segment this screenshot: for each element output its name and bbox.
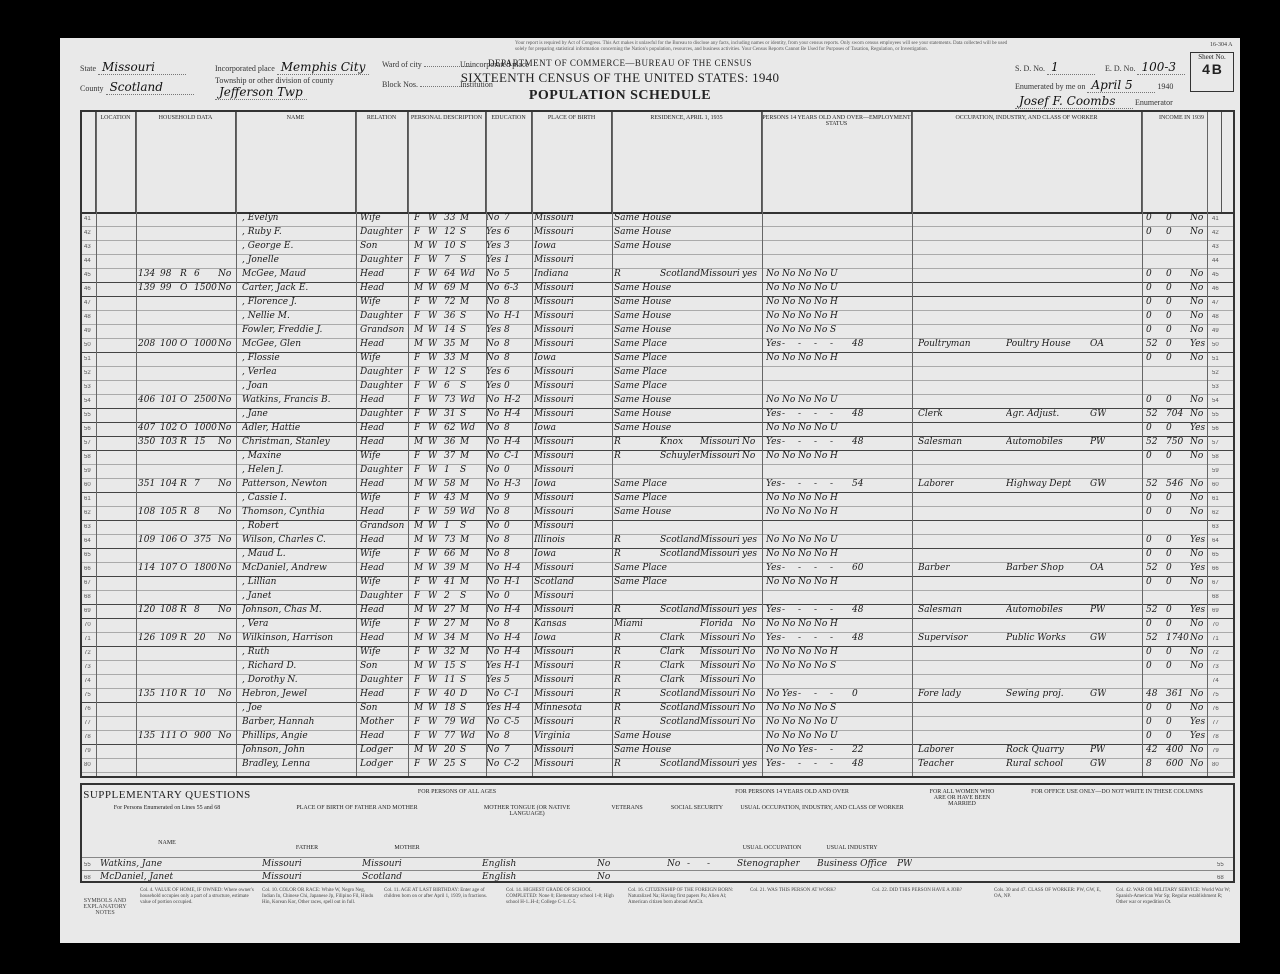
cell-e2: No xyxy=(782,297,795,307)
supp-col-usual-ind: USUAL INDUSTRY xyxy=(812,845,892,851)
cell-race: W xyxy=(428,633,437,643)
cell-race: W xyxy=(428,731,437,741)
table-row: 65, Maud L.WifeFW66MNo8IowaRScotlandMiss… xyxy=(82,548,1233,563)
cell-res: Same House xyxy=(614,731,671,741)
cell-hh: 107 xyxy=(160,563,177,573)
cell-e1: No xyxy=(766,703,779,713)
cell-ms: S xyxy=(460,703,466,713)
cell-ind: Public Works xyxy=(1006,633,1066,643)
cell-name: , Robert xyxy=(242,521,279,531)
table-row: 47, Florence J.WifeFW72MNo8MissouriSame … xyxy=(82,296,1233,311)
cell-line: 68 xyxy=(84,594,91,600)
cell-grade: H-4 xyxy=(504,437,521,447)
cell-farm2: yes xyxy=(742,605,757,615)
supp-cell-tongue: English xyxy=(482,872,516,882)
cell-sex: M xyxy=(414,563,423,573)
cell-w: 0 xyxy=(1146,395,1152,405)
cell-hh: 105 xyxy=(160,507,177,517)
cell-w: 42 xyxy=(1146,745,1157,755)
cell-farm2: No xyxy=(742,619,755,629)
cell-rel: Wife xyxy=(360,353,381,363)
cell-name: Wilkinson, Harrison xyxy=(242,633,333,643)
cell-other: No xyxy=(1190,479,1203,489)
cell-line: 66 xyxy=(84,566,91,572)
cell-sex: M xyxy=(414,633,423,643)
cell-ind: Highway Dept xyxy=(1006,479,1071,489)
cell-val: 375 xyxy=(194,535,211,545)
cell-race: W xyxy=(428,563,437,573)
cell-farm: No xyxy=(218,731,231,741)
cell-age: 27 xyxy=(444,605,455,615)
cell-e5: H xyxy=(830,297,838,307)
cell-e4: No xyxy=(814,661,827,671)
cell-hh: 100 xyxy=(160,339,177,349)
cell-e3: - xyxy=(798,437,801,447)
cell-age: 12 xyxy=(444,227,455,237)
cell-e4: No xyxy=(814,353,827,363)
cell-cls: GW xyxy=(1090,633,1106,643)
cell-line: 75 xyxy=(1212,692,1219,698)
cell-race: W xyxy=(428,493,437,503)
column-divider xyxy=(96,112,97,776)
cell-age: 58 xyxy=(444,479,455,489)
cell-res: Same Place xyxy=(614,353,667,363)
cell-val: 1000 xyxy=(194,423,217,433)
cell-e4: No xyxy=(814,493,827,503)
cell-age: 27 xyxy=(444,619,455,629)
cell-farm2: No xyxy=(742,689,755,699)
cell-other: No xyxy=(1190,269,1203,279)
cell-e3: - xyxy=(798,409,801,419)
supp-cell-vet: No xyxy=(597,872,610,882)
sheet-side: B xyxy=(1212,61,1222,77)
cell-e4: No xyxy=(814,703,827,713)
cell-ms: M xyxy=(460,297,469,307)
cell-e5: H xyxy=(830,549,838,559)
cell-sex: F xyxy=(414,493,420,503)
cell-race: W xyxy=(428,745,437,755)
cell-state: Missouri xyxy=(700,549,740,559)
cell-school: No xyxy=(486,633,499,643)
cell-e1: No xyxy=(766,311,779,321)
cell-own: O xyxy=(180,283,187,293)
cell-birth: Iowa xyxy=(534,549,556,559)
cell-school: Yes xyxy=(486,255,501,265)
cell-e1: Yes xyxy=(766,563,781,573)
cell-e5: H xyxy=(830,619,838,629)
cell-e1: Yes xyxy=(766,759,781,769)
cell-w: 0 xyxy=(1146,507,1152,517)
cell-hours: 48 xyxy=(852,409,863,419)
cell-sex: M xyxy=(414,605,423,615)
cell-other: No xyxy=(1190,577,1203,587)
cell-e5: S xyxy=(830,703,836,713)
table-row: 62108105R8NoThomson, CynthiaHeadFW59WdNo… xyxy=(82,506,1233,521)
cell-race: W xyxy=(428,381,437,391)
cell-occ: Fore lady xyxy=(918,689,961,699)
cell-birth: Illinois xyxy=(534,535,565,545)
cell-e2: No xyxy=(782,493,795,503)
cell-rel: Daughter xyxy=(360,675,403,685)
cell-e1: No xyxy=(766,647,779,657)
cell-age: 33 xyxy=(444,353,455,363)
cell-res: Same House xyxy=(614,507,671,517)
note-block: Col. 14. HIGHEST GRADE OF SCHOOL COMPLET… xyxy=(506,888,621,906)
cell-age: 36 xyxy=(444,311,455,321)
supp-cell-line: 68 xyxy=(1217,875,1224,881)
cell-w: 0 xyxy=(1146,227,1152,237)
cell-line: 67 xyxy=(1212,580,1219,586)
cell-own: R xyxy=(180,437,187,447)
cell-name: McGee, Glen xyxy=(242,339,301,349)
cell-inc: 0 xyxy=(1166,325,1172,335)
cell-sex: M xyxy=(414,521,423,531)
cell-birth: Scotland xyxy=(534,577,574,587)
cell-other: Yes xyxy=(1190,423,1205,433)
cell-name: , Cassie I. xyxy=(242,493,287,503)
cell-res: R xyxy=(614,675,621,685)
cell-school: No xyxy=(486,521,499,531)
cell-birth: Missouri xyxy=(534,717,574,727)
cell-e5: U xyxy=(830,423,838,433)
cell-grade: 9 xyxy=(504,493,510,503)
cell-school: Yes xyxy=(486,381,501,391)
cell-occ: Poultryman xyxy=(918,339,970,349)
cell-rel: Head xyxy=(360,605,384,615)
cell-other: Yes xyxy=(1190,535,1205,545)
table-row: 58, MaxineWifeFW37MNoC-1MissouriRSchuyle… xyxy=(82,450,1233,465)
cell-w: 0 xyxy=(1146,535,1152,545)
table-row: 64109106O375NoWilson, Charles C.HeadMW73… xyxy=(82,534,1233,549)
cell-rel: Head xyxy=(360,339,384,349)
cell-name: , Maxine xyxy=(242,451,281,461)
cell-num: 139 xyxy=(138,283,155,293)
cell-res: R xyxy=(614,717,621,727)
cell-line: 51 xyxy=(1212,356,1219,362)
legal-notice: Your report is required by Act of Congre… xyxy=(515,41,1015,53)
cell-county: Scotland xyxy=(660,535,700,545)
cell-ms: M xyxy=(460,577,469,587)
cell-inc: 0 xyxy=(1166,619,1172,629)
column-divider xyxy=(1207,112,1208,776)
cell-farm: No xyxy=(218,605,231,615)
cell-num: 108 xyxy=(138,507,155,517)
cell-school: No xyxy=(486,507,499,517)
cell-line: 47 xyxy=(1212,300,1219,306)
cell-sex: F xyxy=(414,213,420,223)
cell-e2: No xyxy=(782,731,795,741)
column-divider xyxy=(136,112,137,776)
cell-farm2: yes xyxy=(742,759,757,769)
cell-own: R xyxy=(180,479,187,489)
cell-line: 57 xyxy=(84,440,91,446)
cell-e4: No xyxy=(814,297,827,307)
cell-grade: C-1 xyxy=(504,451,520,461)
table-row: 4513498R6NoMcGee, MaudHeadFW64WdNo5India… xyxy=(82,268,1233,283)
cell-grade: C-2 xyxy=(504,759,520,769)
cell-w: 0 xyxy=(1146,731,1152,741)
cell-age: 37 xyxy=(444,451,455,461)
cell-num: 134 xyxy=(138,269,155,279)
cell-other: No xyxy=(1190,549,1203,559)
table-row: 56407102O1000NoAdler, HattieHeadFW62WdNo… xyxy=(82,422,1233,437)
cell-e2: - xyxy=(782,563,785,573)
cell-e3: No xyxy=(798,661,811,671)
cell-hh: 99 xyxy=(160,283,171,293)
cell-inc: 0 xyxy=(1166,283,1172,293)
cell-e3: No xyxy=(798,549,811,559)
cell-age: 39 xyxy=(444,563,455,573)
note-block: Col. 4. VALUE OF HOME, IF OWNED: Where o… xyxy=(140,888,255,906)
cell-line: 52 xyxy=(1212,370,1219,376)
cell-birth: Missouri xyxy=(534,493,574,503)
cell-own: R xyxy=(180,269,187,279)
cell-school: Yes xyxy=(486,325,501,335)
cell-school: No xyxy=(486,213,499,223)
cell-hh: 110 xyxy=(160,689,177,699)
cell-line: 80 xyxy=(84,762,91,768)
cell-line: 46 xyxy=(84,286,91,292)
cell-rel: Head xyxy=(360,535,384,545)
cell-line: 78 xyxy=(1212,734,1219,740)
cell-e5: H xyxy=(830,493,838,503)
cell-res: R xyxy=(614,689,621,699)
cell-res: Same Place xyxy=(614,577,667,587)
cell-school: Yes xyxy=(486,703,501,713)
table-row: 71126109R20NoWilkinson, HarrisonHeadMW34… xyxy=(82,632,1233,647)
cell-line: 62 xyxy=(1212,510,1219,516)
cell-num: 135 xyxy=(138,689,155,699)
cell-race: W xyxy=(428,661,437,671)
supp-cell-father: Missouri xyxy=(262,872,302,882)
cell-w: 52 xyxy=(1146,437,1157,447)
cell-e1: No xyxy=(766,549,779,559)
supp-cell-name: Watkins, Jane xyxy=(100,859,162,869)
cell-ms: S xyxy=(460,367,466,377)
cell-e2: No xyxy=(782,423,795,433)
cell-ms: M xyxy=(460,283,469,293)
cell-race: W xyxy=(428,549,437,559)
cell-name: Adler, Hattie xyxy=(242,423,300,433)
cell-school: No xyxy=(486,689,499,699)
supp-cell-line: 68 xyxy=(84,875,91,881)
cell-e4: - xyxy=(814,437,817,447)
cell-sex: F xyxy=(414,759,420,769)
table-row: 60351104R7NoPatterson, NewtonHeadMW58MNo… xyxy=(82,478,1233,493)
cell-ms: M xyxy=(460,563,469,573)
cell-school: No xyxy=(486,283,499,293)
cell-line: 74 xyxy=(1212,678,1219,684)
cell-val: 6 xyxy=(194,269,200,279)
cell-rel: Daughter xyxy=(360,311,403,321)
cell-sex: M xyxy=(414,703,423,713)
table-row: 50208100O1000NoMcGee, GlenHeadMW35MNo8Mi… xyxy=(82,338,1233,353)
cell-occ: Barber xyxy=(918,563,950,573)
col-residence: RESIDENCE, APRIL 1, 1935 xyxy=(612,112,762,212)
cell-res: Same House xyxy=(614,311,671,321)
cell-school: No xyxy=(486,353,499,363)
cell-val: 900 xyxy=(194,731,211,741)
cell-line: 50 xyxy=(84,342,91,348)
column-divider xyxy=(486,112,487,776)
cell-line: 79 xyxy=(84,748,91,754)
supp-col-name: NAME xyxy=(82,840,252,846)
cell-name: Watkins, Francis B. xyxy=(242,395,331,405)
cell-birth: Missouri xyxy=(534,325,574,335)
cell-line: 71 xyxy=(1212,636,1219,642)
cell-sex: M xyxy=(414,241,423,251)
cell-num: 109 xyxy=(138,535,155,545)
cell-e3: Yes xyxy=(798,745,813,755)
supp-subtitle: For Persons Enumerated on Lines 55 and 6… xyxy=(82,805,252,811)
supp-all-ages: FOR PERSONS OF ALL AGES xyxy=(257,789,657,795)
cell-e3: No xyxy=(798,647,811,657)
cell-inc: 0 xyxy=(1166,451,1172,461)
cell-res: Same Place xyxy=(614,381,667,391)
cell-e2: No xyxy=(782,717,795,727)
cell-state: Missouri xyxy=(700,717,740,727)
cell-grade: H-1 xyxy=(504,311,521,321)
cell-w: 52 xyxy=(1146,633,1157,643)
cell-race: W xyxy=(428,521,437,531)
cell-school: No xyxy=(486,647,499,657)
column-divider xyxy=(356,112,357,776)
cell-ms: S xyxy=(460,521,466,531)
cell-own: O xyxy=(180,395,187,405)
cell-race: W xyxy=(428,619,437,629)
cell-e5: - xyxy=(830,563,833,573)
cell-e5: - xyxy=(830,633,833,643)
cell-name: , George E. xyxy=(242,241,293,251)
cell-cls: PW xyxy=(1090,605,1105,615)
cell-name: , Helen J. xyxy=(242,465,284,475)
cell-ind: Automobiles xyxy=(1006,605,1063,615)
cell-school: No xyxy=(486,745,499,755)
cell-name: Barber, Hannah xyxy=(242,717,314,727)
cell-w: 0 xyxy=(1146,647,1152,657)
cell-grade: 8 xyxy=(504,507,510,517)
cell-line: 60 xyxy=(84,482,91,488)
cell-race: W xyxy=(428,269,437,279)
cell-rel: Wife xyxy=(360,549,381,559)
cell-w: 0 xyxy=(1146,493,1152,503)
cell-age: 59 xyxy=(444,507,455,517)
cell-line: 49 xyxy=(84,328,91,334)
supp-cell-mother: Scotland xyxy=(362,872,402,882)
county-field: County Scotland xyxy=(80,80,194,95)
cell-grade: 1 xyxy=(504,255,510,265)
cell-school: No xyxy=(486,731,499,741)
cell-birth: Iowa xyxy=(534,353,556,363)
cell-e2: No xyxy=(782,745,795,755)
cell-race: W xyxy=(428,703,437,713)
sheet-number: 4 xyxy=(1202,61,1210,77)
cell-res: R xyxy=(614,269,621,279)
cell-line: 67 xyxy=(84,580,91,586)
supp-cell-vet: No xyxy=(597,859,610,869)
cell-e1: No xyxy=(766,493,779,503)
cell-name: , Richard D. xyxy=(242,661,296,671)
cell-name: McGee, Maud xyxy=(242,269,306,279)
cell-own: R xyxy=(180,689,187,699)
cell-other: No xyxy=(1190,283,1203,293)
cell-e5: - xyxy=(830,339,833,349)
cell-line: 69 xyxy=(1212,608,1219,614)
cell-ind: Rock Quarry xyxy=(1006,745,1064,755)
cell-line: 65 xyxy=(84,552,91,558)
supp-birth-parents: PLACE OF BIRTH OF FATHER AND MOTHER xyxy=(257,805,457,811)
cell-occ: Laborer xyxy=(918,745,954,755)
cell-race: W xyxy=(428,451,437,461)
cell-ms: D xyxy=(460,689,467,699)
table-row: 54406101O2500NoWatkins, Francis B.HeadFW… xyxy=(82,394,1233,409)
cell-school: No xyxy=(486,577,499,587)
cell-age: 33 xyxy=(444,213,455,223)
cell-other: No xyxy=(1190,647,1203,657)
cell-rel: Wife xyxy=(360,493,381,503)
supp-usual-occ: USUAL OCCUPATION, INDUSTRY, AND CLASS OF… xyxy=(732,805,912,811)
cell-e4: No xyxy=(814,325,827,335)
cell-ind: Poultry House xyxy=(1006,339,1071,349)
table-row: 75135110R10NoHebron, JewelHeadFW40DNoC-1… xyxy=(82,688,1233,703)
cell-race: W xyxy=(428,297,437,307)
cell-race: W xyxy=(428,339,437,349)
cell-farm2: No xyxy=(742,717,755,727)
cell-e3: - xyxy=(798,339,801,349)
supp-cell-ss3: - xyxy=(707,859,710,869)
cell-birth: Missouri xyxy=(534,395,574,405)
table-row: 41, EvelynWifeFW33MNo7MissouriSame House… xyxy=(82,212,1233,227)
cell-w: 0 xyxy=(1146,451,1152,461)
cell-school: No xyxy=(486,269,499,279)
cell-name: , Joe xyxy=(242,703,262,713)
table-row: 67, LillianWifeFW41MNoH-1ScotlandSame Pl… xyxy=(82,576,1233,591)
cell-cls: GW xyxy=(1090,479,1106,489)
cell-line: 48 xyxy=(84,314,91,320)
cell-other: No xyxy=(1190,703,1203,713)
cell-line: 69 xyxy=(84,608,91,614)
cell-birth: Missouri xyxy=(534,745,574,755)
cell-other: No xyxy=(1190,409,1203,419)
cell-sex: F xyxy=(414,423,420,433)
cell-res: R xyxy=(614,549,621,559)
cell-age: 62 xyxy=(444,423,455,433)
cell-other: No xyxy=(1190,451,1203,461)
cell-e4: No xyxy=(814,451,827,461)
cell-birth: Kansas xyxy=(534,619,567,629)
cell-w: 48 xyxy=(1146,689,1157,699)
cell-e2: No xyxy=(782,577,795,587)
cell-inc: 0 xyxy=(1166,297,1172,307)
cell-grade: 3 xyxy=(504,241,510,251)
cell-e1: Yes xyxy=(766,437,781,447)
cell-county: Scotland xyxy=(660,549,700,559)
cell-state: Missouri xyxy=(700,703,740,713)
cell-race: W xyxy=(428,213,437,223)
cell-name: Bradley, Lenna xyxy=(242,759,310,769)
cell-e4: - xyxy=(814,745,817,755)
cell-rel: Mother xyxy=(360,717,394,727)
cell-farm: No xyxy=(218,633,231,643)
cell-e3: - xyxy=(798,759,801,769)
cell-e2: - xyxy=(782,339,785,349)
cell-grade: 7 xyxy=(504,745,510,755)
supp-col-usual-occ: USUAL OCCUPATION xyxy=(732,845,812,851)
cell-line: 55 xyxy=(84,412,91,418)
cell-sex: F xyxy=(414,465,420,475)
cell-res: Same House xyxy=(614,283,671,293)
cell-own: R xyxy=(180,605,187,615)
